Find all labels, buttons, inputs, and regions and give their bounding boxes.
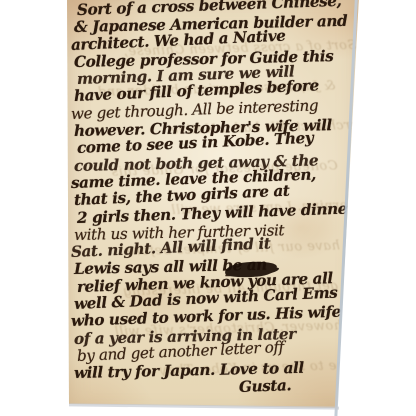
signature-line: Gusta.	[239, 374, 358, 395]
letter-paper: Sort of a cross between Chinese,& Japane…	[67, 0, 359, 416]
photo-background: Sort of a cross between Chinese,& Japane…	[0, 0, 416, 416]
letter-text: Sort of a cross between Chinese,& Japane…	[71, 2, 357, 412]
